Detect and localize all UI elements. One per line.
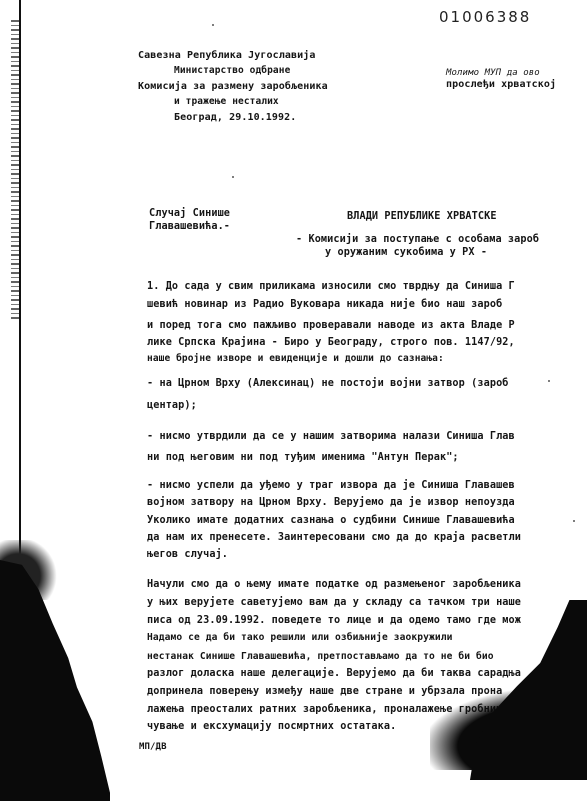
- body-line: његов случај.: [147, 548, 228, 561]
- body-line: нестанак Синише Главашевића, претпостављ…: [147, 650, 494, 663]
- scanned-document-page: 01006388 Савезна Република Југославија М…: [0, 0, 587, 801]
- subject-line-1: Случај Синише: [149, 207, 230, 220]
- body-line: чување и ексхумацију посмртних остатака.: [147, 720, 396, 733]
- scan-speck: [573, 520, 575, 522]
- body-line: - на Црном Врху (Алексинац) не постоји в…: [147, 377, 509, 390]
- recipient-line-3: у оружаним сукобима у РХ -: [325, 246, 487, 259]
- body-line: шевић новинар из Радио Вуковара никада н…: [147, 298, 502, 311]
- scan-speck: [232, 176, 234, 178]
- letterhead-date: Београд, 29.10.1992.: [174, 111, 296, 124]
- body-line: писа од 23.09.1992. поведете то лице и д…: [147, 614, 521, 627]
- note-line-2: прослеђи хрватској: [446, 78, 556, 91]
- body-line: Начули смо да о њему имате податке од ра…: [147, 578, 521, 591]
- body-line: Уколико имате додатних сазнања о судбини…: [147, 514, 515, 527]
- body-line: лике Српска Крајина - Биро у Београду, с…: [147, 336, 515, 349]
- scan-speck: [548, 380, 550, 382]
- scan-speck: [212, 24, 214, 26]
- body-line: у њих верујете саветујемо вам да у склад…: [147, 596, 521, 609]
- body-line: - нисмо успели да уђемо у траг извора да…: [147, 479, 515, 492]
- body-line: и поред тога смо пажљиво проверавали нав…: [147, 319, 515, 332]
- body-line: наше бројне изворе и евиденције и дошли …: [147, 352, 444, 365]
- letterhead-commission: Комисија за размену заробљеника: [138, 80, 328, 93]
- body-line: војном затвору на Црном Врху. Верујемо д…: [147, 496, 515, 509]
- document-number: 01006388: [439, 8, 531, 26]
- body-line: Надамо се да би тако решили или озбиљниј…: [147, 631, 453, 644]
- letterhead-country: Савезна Република Југославија: [138, 49, 316, 62]
- body-line: да нам их пренесете. Заинтересовани смо …: [147, 531, 521, 544]
- body-line: 1. До сада у свим приликама износили смо…: [147, 280, 515, 293]
- body-line: центар);: [147, 399, 197, 412]
- recipient-line-1: ВЛАДИ РЕПУБЛИКЕ ХРВАТСКЕ: [347, 210, 497, 223]
- body-line: - нисмо утврдили да се у нашим затворима…: [147, 430, 515, 443]
- subject-line-2: Главашевића.-: [149, 220, 230, 233]
- recipient-line-2: - Комисији за поступање с особама зароб: [296, 233, 539, 246]
- author-initials: МП/ДВ: [139, 741, 167, 754]
- body-line: разлог доласка наше делегације. Верујемо…: [147, 667, 521, 680]
- letterhead-commission-cont: и тражење несталих: [174, 95, 279, 108]
- body-line: ни под његовим ни под туђим именима "Ант…: [147, 451, 459, 464]
- letterhead-ministry: Министарство одбране: [174, 64, 290, 77]
